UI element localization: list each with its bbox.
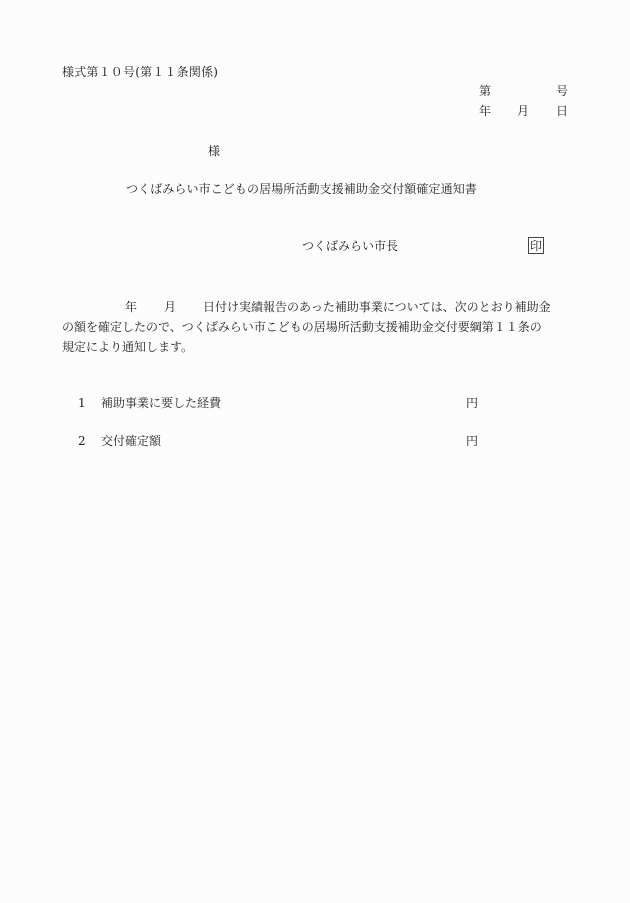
item-label: 交付確定額 xyxy=(101,434,161,448)
issuer-name: つくばみらい市長 xyxy=(302,240,398,252)
item-number: 1 xyxy=(78,397,101,409)
addressee-honorific: 様 xyxy=(208,145,220,157)
body-line-3: 規定により通知します。 xyxy=(62,337,582,357)
body-paragraph: 年月日付け実績報告のあった補助事業については、次のとおり補助金 の額を確定したの… xyxy=(62,297,582,357)
document-title: つくばみらい市こどもの居場所活動支援補助金交付額確定通知書 xyxy=(126,183,477,195)
body-line1-text: 日付け実績報告のあった補助事業については、次のとおり補助金 xyxy=(203,300,551,314)
date-day-label: 日 xyxy=(556,105,568,117)
body-date-year: 年 xyxy=(125,300,137,314)
body-date-month: 月 xyxy=(164,300,176,314)
seal-stamp-icon: 印 xyxy=(528,237,544,254)
doc-number-prefix: 第 xyxy=(479,85,491,97)
item-row: 1補助事業に要した経費 xyxy=(78,397,221,409)
body-line-2: の額を確定したので、つくばみらい市こどもの居場所活動支援補助金交付要綱第１１条の xyxy=(62,317,582,337)
body-line-1: 年月日付け実績報告のあった補助事業については、次のとおり補助金 xyxy=(62,297,582,317)
item-number: 2 xyxy=(78,435,101,447)
item-row: 2交付確定額 xyxy=(78,435,161,447)
form-number: 様式第１０号(第１１条関係) xyxy=(62,66,218,78)
item-unit: 円 xyxy=(466,435,478,447)
date-month-label: 月 xyxy=(517,105,529,117)
date-year-label: 年 xyxy=(479,105,491,117)
doc-number-suffix: 号 xyxy=(556,85,568,97)
item-label: 補助事業に要した経費 xyxy=(101,396,221,410)
item-unit: 円 xyxy=(466,397,478,409)
